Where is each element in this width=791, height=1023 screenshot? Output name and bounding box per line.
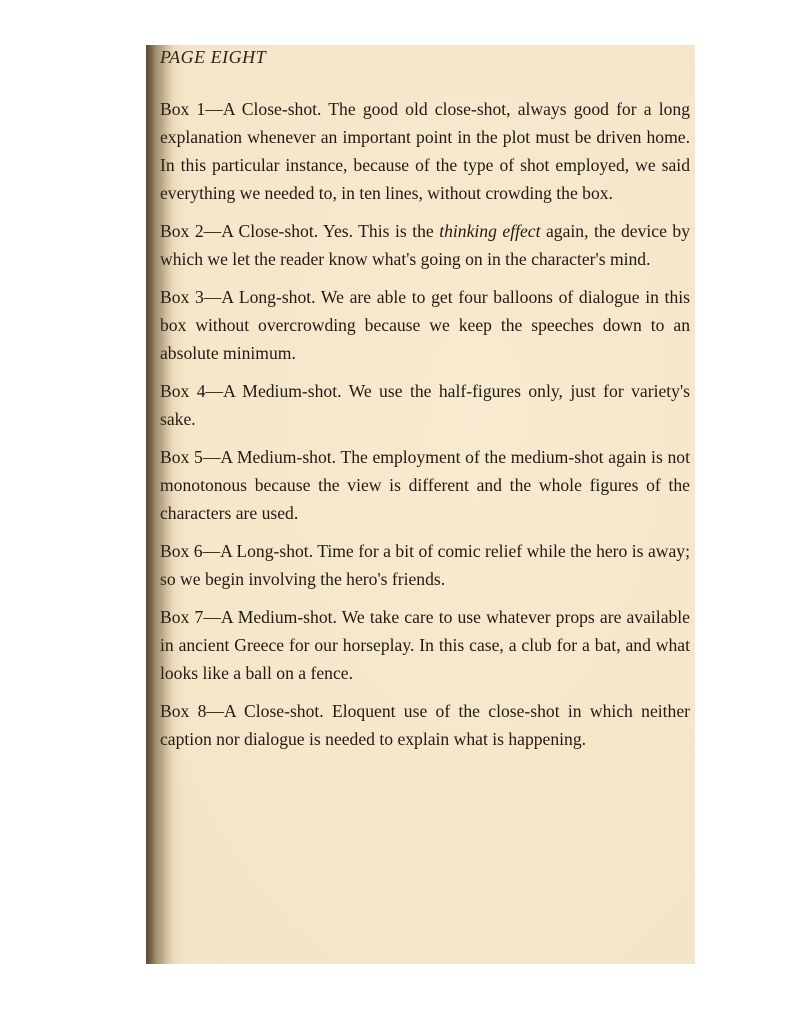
paragraph-box-8: Box 8—A Close-shot. Eloquent use of the … xyxy=(160,697,690,753)
book-page: PAGE EIGHT Box 1—A Close-shot. The good … xyxy=(146,45,695,964)
box-label: Box 3—A Long-shot. xyxy=(160,287,316,307)
box-label: Box 5—A Medium-shot. xyxy=(160,447,336,467)
page-content: PAGE EIGHT Box 1—A Close-shot. The good … xyxy=(160,45,690,753)
paragraph-box-5: Box 5—A Medium-shot. The employment of t… xyxy=(160,443,690,527)
box-label: Box 6—A Long-shot. xyxy=(160,541,313,561)
box-description: Yes. This is the xyxy=(318,221,439,241)
paragraph-box-3: Box 3—A Long-shot. We are able to get fo… xyxy=(160,283,690,367)
paragraph-box-4: Box 4—A Medium-shot. We use the half-fig… xyxy=(160,377,690,433)
paragraph-box-6: Box 6—A Long-shot. Time for a bit of com… xyxy=(160,537,690,593)
running-head: PAGE EIGHT xyxy=(160,46,690,68)
box-label: Box 1—A Close-shot. xyxy=(160,99,321,119)
box-label: Box 4—A Medium-shot. xyxy=(160,381,342,401)
paragraph-box-7: Box 7—A Medium-shot. We take care to use… xyxy=(160,603,690,687)
box-label: Box 7—A Medium-shot. xyxy=(160,607,337,627)
box-label: Box 2—A Close-shot. xyxy=(160,221,318,241)
paragraph-box-2: Box 2—A Close-shot. Yes. This is the thi… xyxy=(160,217,690,273)
paragraph-box-1: Box 1—A Close-shot. The good old close-s… xyxy=(160,95,690,207)
emphasis-text: thinking effect xyxy=(439,221,540,241)
box-label: Box 8—A Close-shot. xyxy=(160,701,324,721)
